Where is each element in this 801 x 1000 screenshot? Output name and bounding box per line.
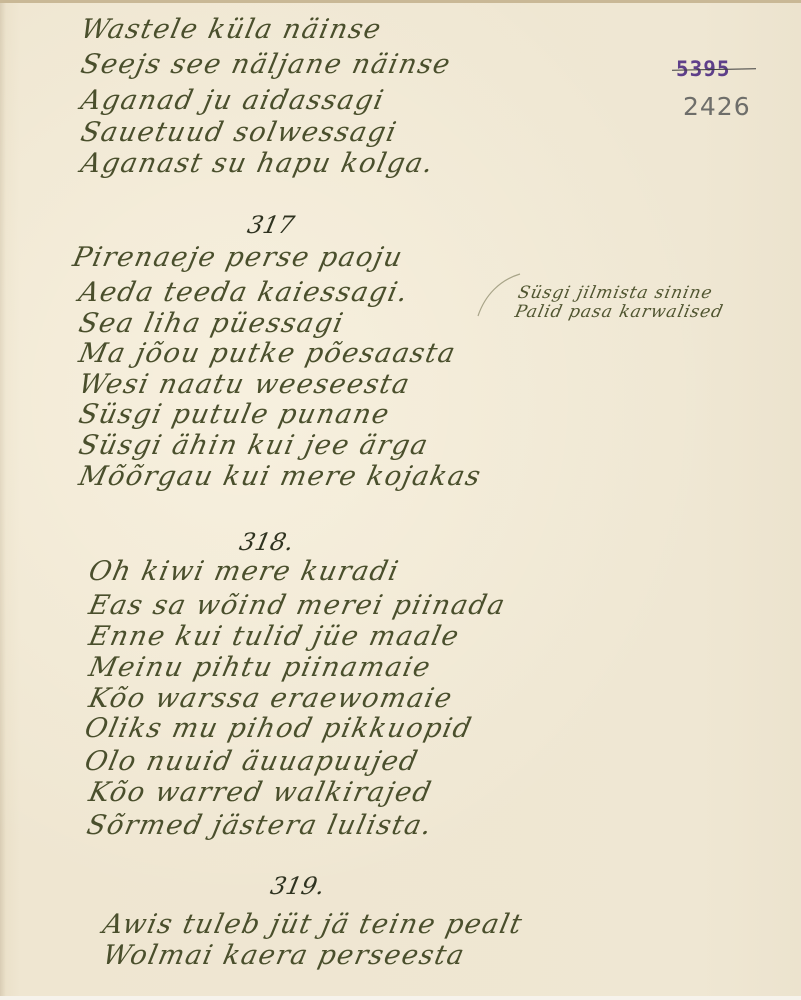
verse-line: Süsgi ähin kui jee ärga xyxy=(76,430,432,461)
verse-line: Pirenaeje perse paoju xyxy=(70,242,406,273)
verse-line: Kõo warssa eraewomaie xyxy=(86,683,456,714)
verse-line: Aganad ju aidassagi xyxy=(78,85,388,116)
verse-line: Awis tuleb jüt jä teine pealt xyxy=(100,909,526,940)
verse-line: Enne kui tulid jüe maale xyxy=(86,621,463,652)
verse-line: Oliks mu pihod pikkuopid xyxy=(82,713,475,744)
verse-line: Wolmai kaera perseesta xyxy=(100,940,468,971)
verse-line: Wastele küla näinse xyxy=(78,14,385,45)
verse-line: Aeda teeda kaiessagi. xyxy=(76,277,412,308)
manuscript-page: 5395 2426 Wastele küla näinse Seejs see … xyxy=(0,0,801,996)
margin-note-line: Süsgi jilmista sinine xyxy=(516,283,715,303)
verse-line: Sauetuud solwessagi xyxy=(78,117,400,148)
margin-note-line: Palid pasa karwalised xyxy=(513,302,725,322)
verse-line: Mõõrgau kui mere kojakas xyxy=(76,461,484,492)
verse-line: Seejs see näljane näinse xyxy=(78,49,454,80)
verse-line: Ma jõou putke põesaasta xyxy=(76,338,459,369)
scan-bottom-edge xyxy=(0,996,801,1000)
verse-line: Süsgi putule punane xyxy=(76,399,393,430)
pencil-archive-number: 2426 xyxy=(683,92,751,121)
verse-line: Kõo warred walkirajed xyxy=(86,777,435,808)
verse-number: 317 xyxy=(245,211,297,239)
verse-line: Olo nuuid äuuapuujed xyxy=(82,746,422,777)
verse-line: Oh kiwi mere kuradi xyxy=(86,556,402,587)
verse-line: Wesi naatu weeseesta xyxy=(76,369,413,400)
verse-number: 318. xyxy=(237,528,296,556)
verse-line: Sea liha püessagi xyxy=(76,308,347,339)
verse-line: Eas sa wõind merei piinada xyxy=(86,590,509,621)
verse-line: Meinu pihtu piinamaie xyxy=(86,652,434,683)
verse-line: Sõrmed jästera lulista. xyxy=(84,810,436,841)
verse-line: Aganast su hapu kolga. xyxy=(78,148,437,179)
verse-number: 319. xyxy=(268,872,327,900)
